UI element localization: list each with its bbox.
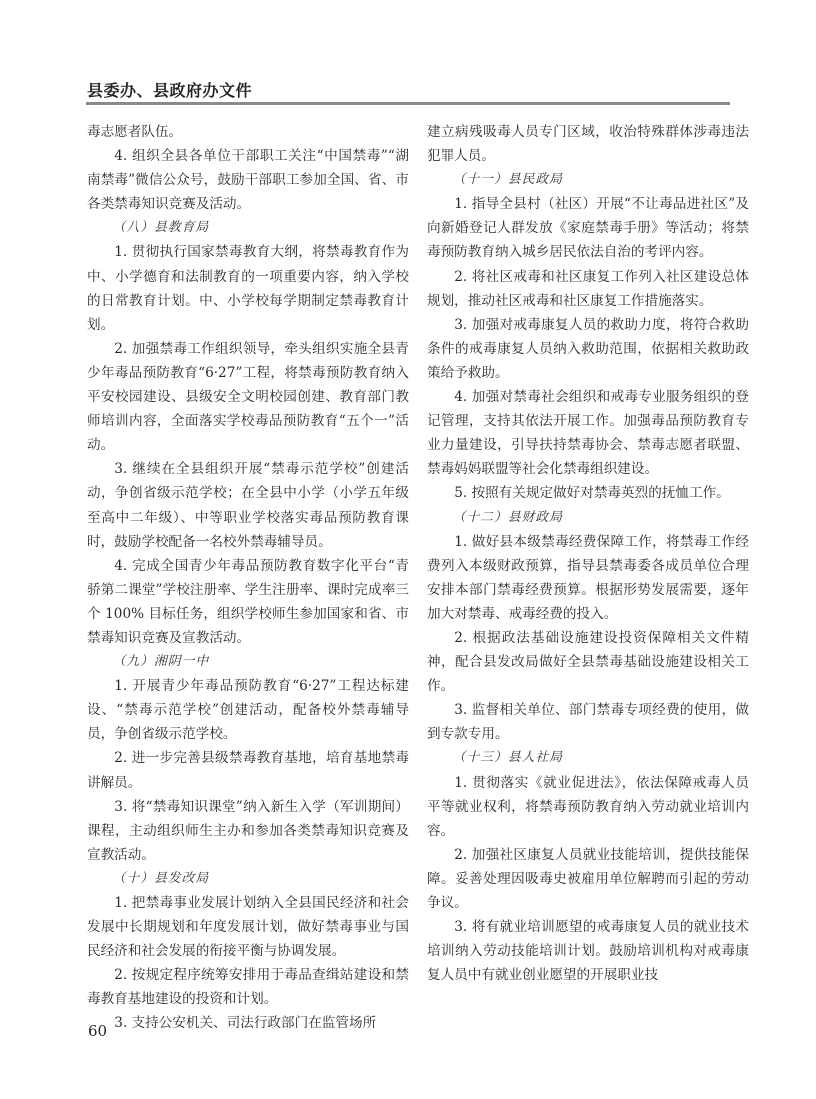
section-heading: （八）县教育局 bbox=[87, 216, 409, 240]
paragraph: 2. 根据政法基础设施建设投资保障相关文件精神，配合县发改局做好全县禁毒基础设施… bbox=[427, 626, 749, 698]
section-heading: （十一）县民政局 bbox=[427, 168, 749, 192]
paragraph: 1. 贯彻执行国家禁毒教育大纲，将禁毒教育作为中、小学德育和法制教育的一项重要内… bbox=[87, 240, 409, 336]
left-column: 毒志愿者队伍。4. 组织全县各单位干部职工关注“中国禁毒”“湖南禁毒”微信公众号… bbox=[87, 120, 409, 1036]
paragraph: 1. 贯彻落实《就业促进法》，依法保障戒毒人员平等就业权利，将禁毒预防教育纳入劳… bbox=[427, 771, 749, 843]
right-column: 建立病残吸毒人员专门区域，收治特殊群体涉毒违法犯罪人员。（十一）县民政局1. 指… bbox=[427, 120, 749, 987]
paragraph: 1. 把禁毒事业发展计划纳入全县国民经济和社会发展中长期规划和年度发展计划，做好… bbox=[87, 891, 409, 963]
paragraph: 1. 做好县本级禁毒经费保障工作，将禁毒工作经费列入本级财政预算，指导县禁毒委各… bbox=[427, 530, 749, 626]
paragraph: 3. 加强对戒毒康复人员的救助力度，将符合救助条件的戒毒康复人员纳入救助范围，依… bbox=[427, 313, 749, 385]
paragraph: 3. 将有就业培训愿望的戒毒康复人员的就业技术培训纳入劳动技能培训计划。鼓励培训… bbox=[427, 915, 749, 987]
paragraph: 3. 监督相关单位、部门禁毒专项经费的使用，做到专款专用。 bbox=[427, 698, 749, 746]
paragraph: 3. 继续在全县组织开展“禁毒示范学校”创建活动，争创省级示范学校；在全县中小学… bbox=[87, 457, 409, 553]
paragraph: 2. 进一步完善县级禁毒教育基地，培育基地禁毒讲解员。 bbox=[87, 746, 409, 794]
section-heading: （十三）县人社局 bbox=[427, 746, 749, 770]
header-divider bbox=[86, 102, 730, 105]
paragraph: 2. 加强禁毒工作组织领导，牵头组织实施全县青少年毒品预防教育“6·27”工程，… bbox=[87, 337, 409, 457]
paragraph: 4. 加强对禁毒社会组织和戒毒专业服务组织的登记管理，支持其依法开展工作。加强毒… bbox=[427, 385, 749, 481]
paragraph: 3. 支持公安机关、司法行政部门在监管场所 bbox=[87, 1011, 409, 1035]
paragraph: 2. 加强社区康复人员就业技能培训，提供技能保障。妥善处理因吸毒史被雇用单位解聘… bbox=[427, 843, 749, 915]
section-heading: （十二）县财政局 bbox=[427, 506, 749, 530]
section-heading: （九）湘阴一中 bbox=[87, 650, 409, 674]
page-number: 60 bbox=[88, 1022, 107, 1040]
section-heading: （十）县发改局 bbox=[87, 867, 409, 891]
paragraph: 1. 指导全县村（社区）开展“不让毒品进社区”及向新婚登记人群发放《家庭禁毒手册… bbox=[427, 192, 749, 264]
paragraph: 4. 完成全国青少年毒品预防教育数字化平台“青骄第二课堂”学校注册率、学生注册率… bbox=[87, 554, 409, 650]
paragraph: 3. 将“禁毒知识课堂”纳入新生入学（军训期间）课程，主动组织师生主办和参加各类… bbox=[87, 795, 409, 867]
running-header-title: 县委办、县政府办文件 bbox=[87, 78, 252, 101]
paragraph: 4. 组织全县各单位干部职工关注“中国禁毒”“湖南禁毒”微信公众号，鼓励干部职工… bbox=[87, 144, 409, 216]
paragraph: 2. 按规定程序统筹安排用于毒品查缉站建设和禁毒教育基地建设的投资和计划。 bbox=[87, 963, 409, 1011]
paragraph: 1. 开展青少年毒品预防教育“6·27”工程达标建设、“禁毒示范学校”创建活动，… bbox=[87, 674, 409, 746]
paragraph: 2. 将社区戒毒和社区康复工作列入社区建设总体规划，推动社区戒毒和社区康复工作措… bbox=[427, 265, 749, 313]
paragraph: 毒志愿者队伍。 bbox=[87, 120, 409, 144]
paragraph: 5. 按照有关规定做好对禁毒英烈的抚恤工作。 bbox=[427, 481, 749, 505]
paragraph: 建立病残吸毒人员专门区域，收治特殊群体涉毒违法犯罪人员。 bbox=[427, 120, 749, 168]
